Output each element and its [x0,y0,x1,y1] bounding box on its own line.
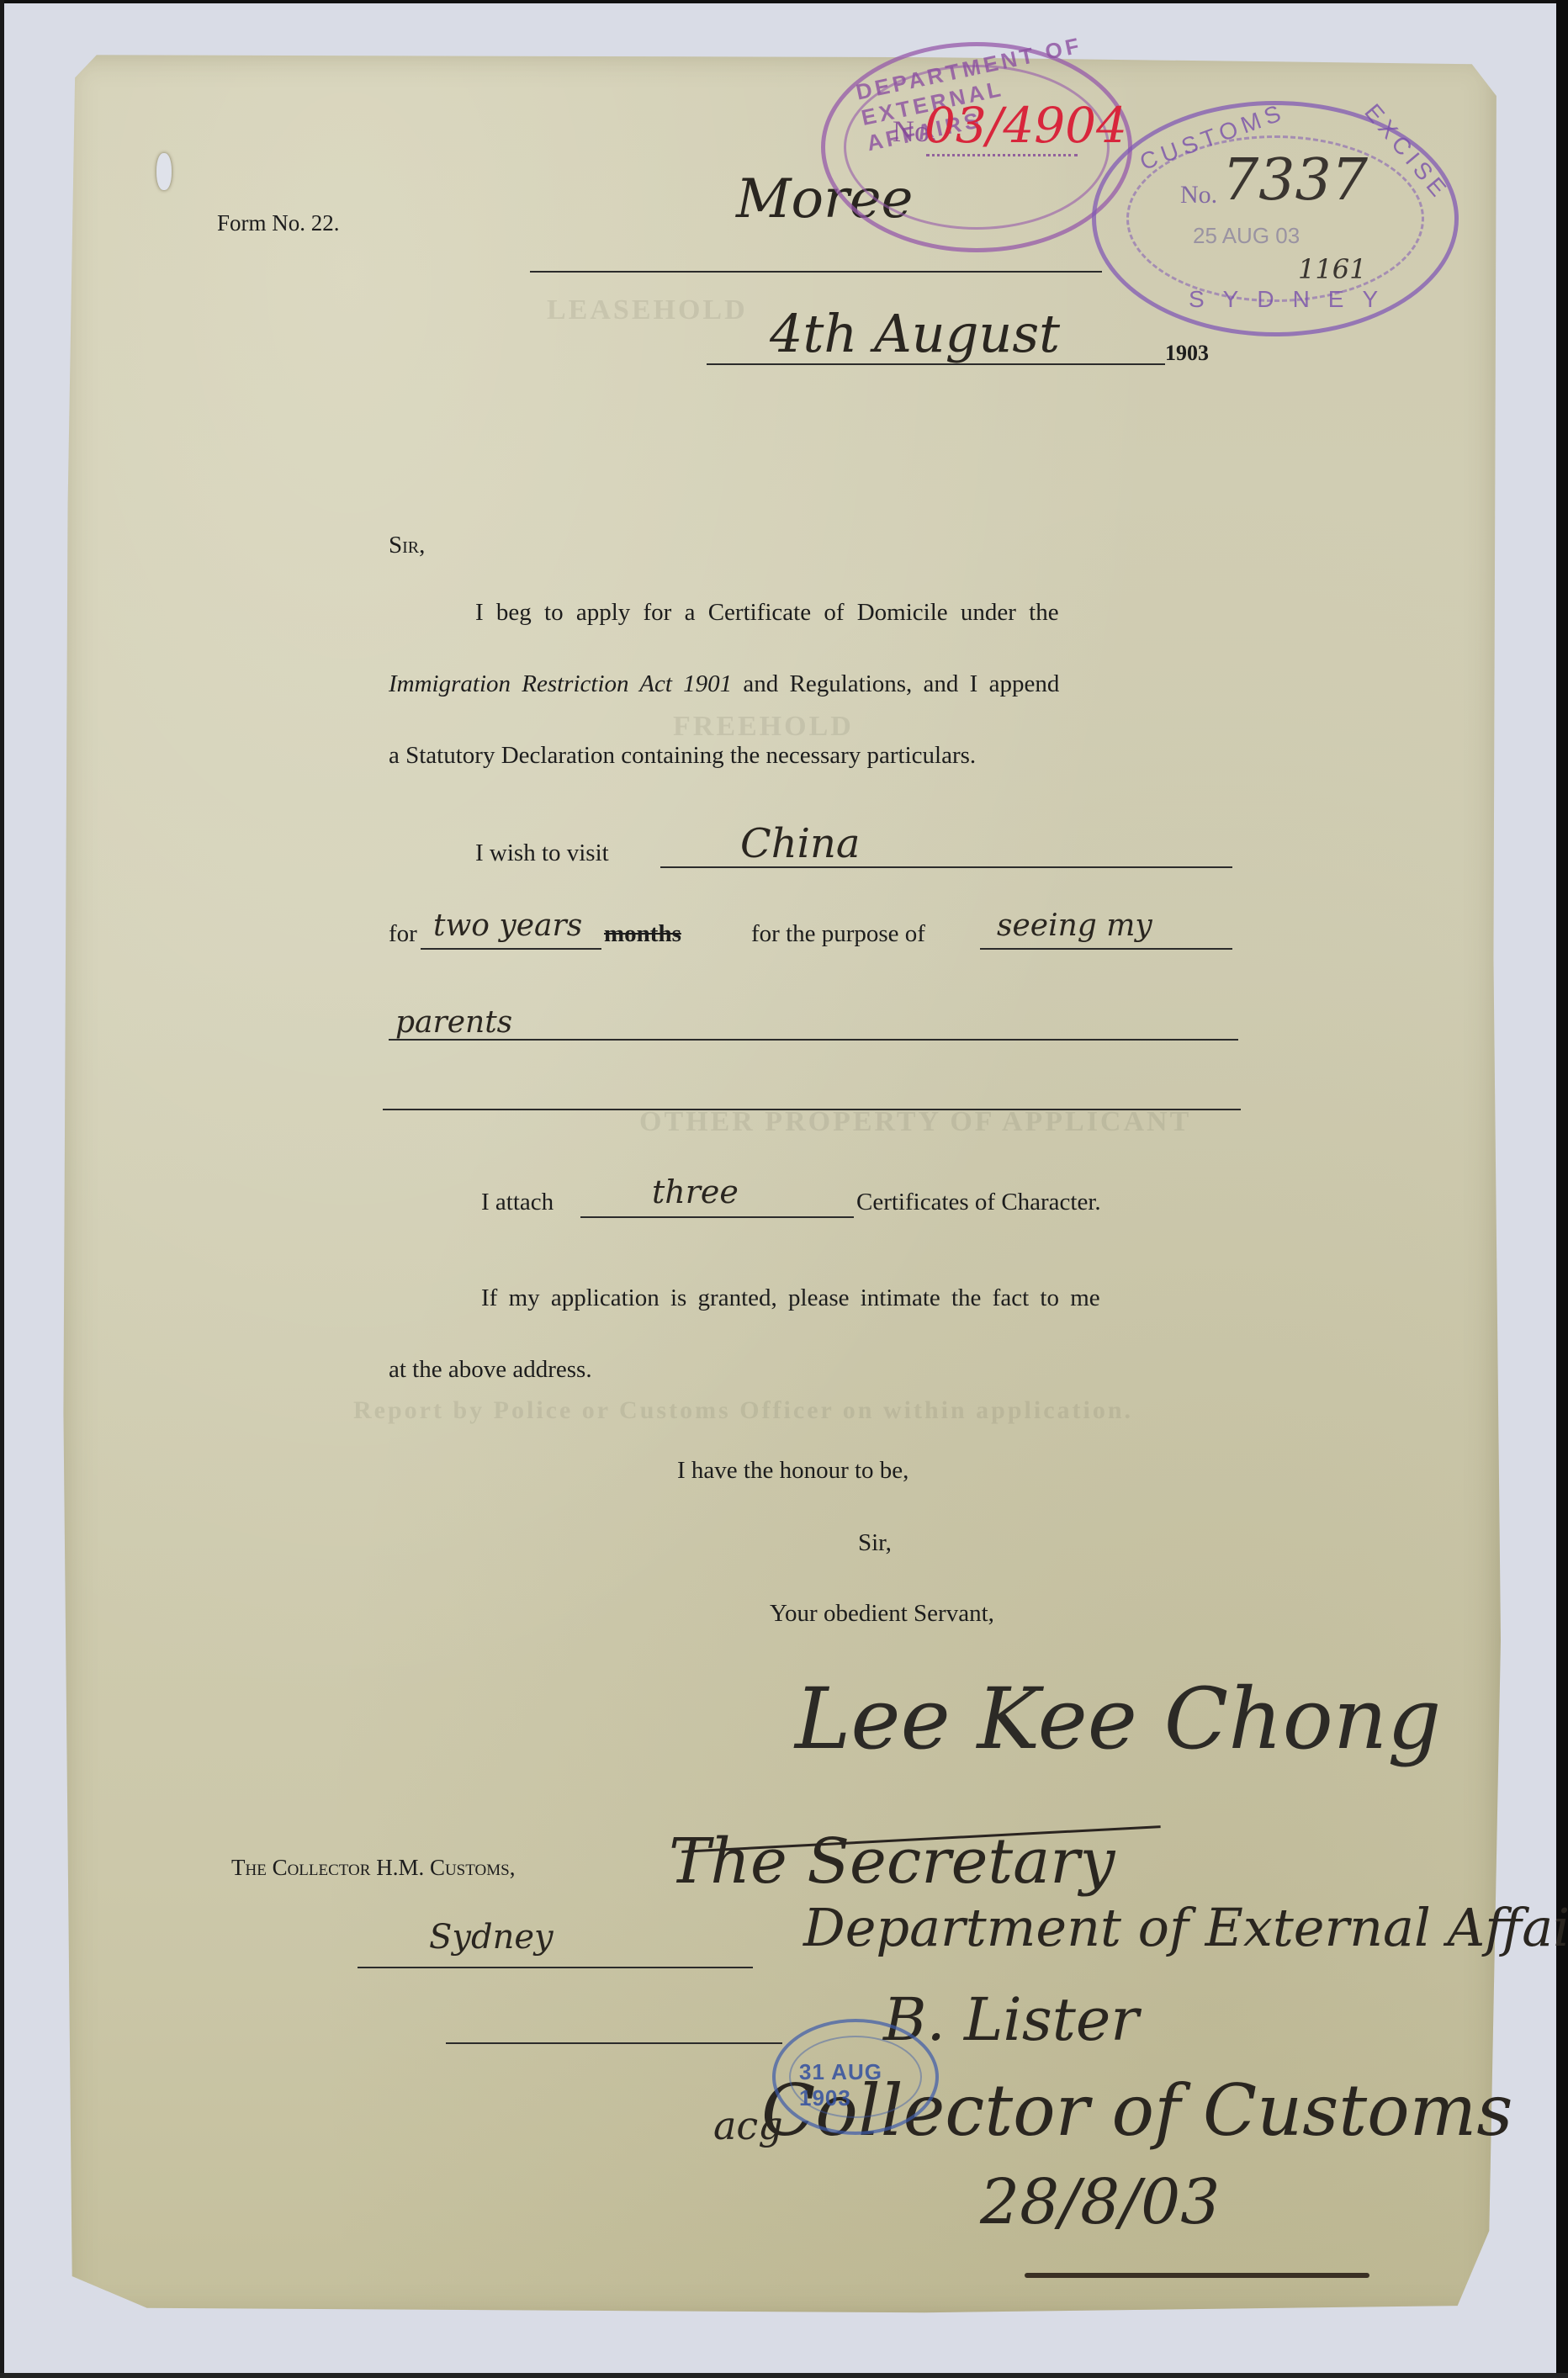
received-stamp: 31 AUG 1903 [772,2019,939,2135]
stamp-no-label: No. [1180,181,1217,209]
punch-hole [156,153,172,190]
forward-underline [1025,2273,1369,2278]
closing-sir: Sir, [858,1529,892,1557]
act-name: Immigration Restriction Act 1901 [389,670,732,697]
bleed-through-text: FREEHOLD [673,711,854,743]
visit-label: I wish to visit [475,839,609,867]
date-handwritten: 4th August [770,303,1060,364]
duration-value: two years [433,908,582,943]
purpose-line2 [389,1039,1238,1041]
visit-value: China [740,820,861,867]
addressee-printed: The Collector H.M. Customs, [231,1855,515,1881]
forward-line2: Department of External Affairs [803,1897,1568,1958]
bleed-through-text: OTHER PROPERTY OF APPLICANT [639,1106,1191,1138]
attach-suffix: Certificates of Character. [856,1189,1101,1216]
addressee-place: Sydney [429,1918,554,1957]
visit-line [660,866,1232,868]
purpose-value-line2: parents [395,1005,512,1040]
para1-line2-rest: and Regulations, and I append [732,670,1059,697]
stamp-ring-text-bottom: SYDNEY [1189,286,1396,313]
purpose-line1 [980,948,1232,950]
duration-line [421,948,601,950]
bleed-through-text: Report by Police or Customs Officer on w… [353,1396,1133,1425]
para1-line2: Immigration Restriction Act 1901 and Reg… [389,670,1059,698]
scan-border-top [0,0,1568,3]
addressee-extra-line [446,2042,782,2044]
attach-value: three [652,1173,739,1210]
scan-border-bottom [0,2373,1568,2378]
grant-para-line2: at the above address. [389,1356,592,1384]
forward-line1: The Secretary [669,1825,1115,1898]
for-label: for [389,920,417,948]
grant-para-line1: If my application is granted, please int… [481,1284,1100,1312]
form-number: Form No. 22. [217,210,340,236]
duration-struck-word: months [604,920,681,948]
stamp-number: 03/4904 [924,97,1127,154]
para1-line1: I beg to apply for a Certificate of Domi… [475,599,1059,627]
forward-date: 28/8/03 [980,2166,1220,2238]
received-stamp-date: 31 AUG 1903 [799,2059,935,2111]
stamp-date: 25 AUG 03 [1193,223,1300,249]
para1-line3: a Statutory Declaration containing the n… [389,742,976,770]
purpose-line3 [383,1109,1241,1110]
stamp-folio: 1161 [1298,253,1366,285]
bleed-through-text: LEASEHOLD [547,294,748,326]
scan-border-left [0,0,4,2378]
document-page [61,50,1501,2322]
salutation: Sir, [389,532,425,559]
closing-honour: I have the honour to be, [677,1457,908,1485]
external-affairs-stamp: DEPARTMENT OF EXTERNAL AFFAIRS No. 03/49… [821,42,1132,252]
stamp-number: 7337 [1222,147,1368,214]
customs-stamp: CUSTOMS EXCISE SYDNEY No. 7337 25 AUG 03… [1092,101,1459,336]
purpose-value-line1: seeing my [997,908,1152,943]
attach-label: I attach [481,1189,554,1216]
scan-border-right [1556,0,1568,2378]
applicant-signature: Lee Kee Chong [795,1670,1441,1768]
date-year: 1903 [1165,341,1209,366]
purpose-label: for the purpose of [751,920,925,948]
closing-servant: Your obedient Servant, [770,1600,994,1628]
addressee-place-line [358,1967,753,1968]
stamp-dotted-line [926,154,1078,156]
attach-line [580,1216,854,1218]
place-line [530,271,1102,273]
date-line [707,363,1165,365]
